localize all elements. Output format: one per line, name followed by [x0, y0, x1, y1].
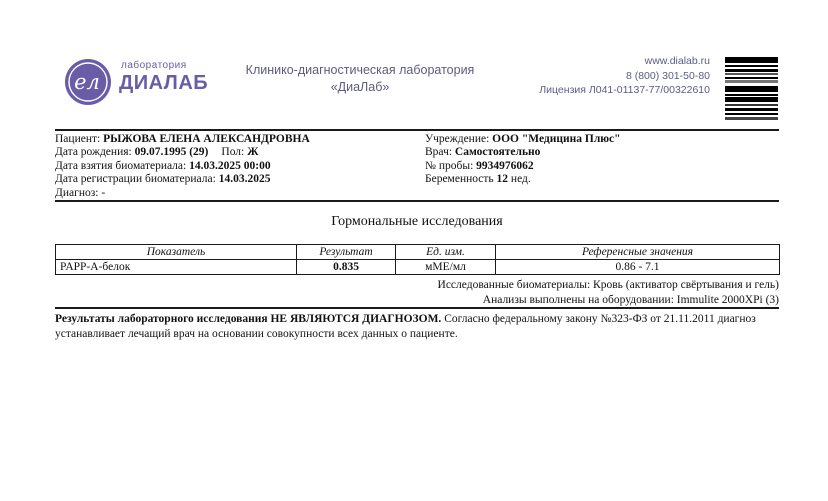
logo-brand-small: лаборатория — [121, 61, 208, 71]
pregnancy-unit: нед. — [511, 173, 531, 185]
sex-label: Пол: — [221, 146, 244, 158]
patient-info-left: Пациент: РЫЖОВА ЕЛЕНА АЛЕКСАНДРОВНА Дата… — [55, 133, 415, 200]
registration-value: 14.03.2025 — [219, 173, 271, 185]
license-text: Лицензия Л041-01137-77/00322610 — [440, 83, 710, 98]
disclaimer-text: Результаты лабораторного исследования НЕ… — [55, 312, 779, 341]
results-table: Показатель Результат Ед. изм. Референсны… — [55, 244, 780, 275]
disclaimer-bold: Результаты лабораторного исследования НЕ… — [55, 313, 441, 325]
sample-number-row: № пробы: 9934976062 — [425, 160, 779, 173]
diagnosis-label: Диагноз: — [55, 187, 98, 199]
sample-number-label: № пробы: — [425, 160, 473, 172]
organization-value: ООО "Медицина Плюс" — [492, 133, 620, 145]
reference-cell: 0.86 - 7.1 — [496, 260, 780, 275]
phone-text: 8 (800) 301-50-80 — [440, 69, 710, 84]
birth-value: 09.07.1995 (29) — [135, 146, 209, 158]
patient-label: Пациент: — [55, 133, 100, 145]
separator-patient — [55, 200, 779, 202]
column-header-reference: Референсные значения — [496, 245, 780, 260]
pregnancy-label: Беременность — [425, 173, 494, 185]
sampling-value: 14.03.2025 00:00 — [189, 160, 270, 172]
unit-cell: мМЕ/мл — [396, 260, 496, 275]
diagnosis-value: - — [101, 187, 105, 199]
pregnancy-value: 12 — [497, 173, 509, 185]
equipment-note: Анализы выполнены на оборудовании: Immul… — [55, 293, 779, 308]
section-title: Гормональные исследования — [55, 214, 779, 230]
result-cell: 0.835 — [297, 260, 396, 275]
patient-name: РЫЖОВА ЕЛЕНА АЛЕКСАНДРОВНА — [103, 133, 310, 145]
biomaterials-note: Исследованные биоматериалы: Кровь (актив… — [55, 278, 779, 293]
patient-info-right: Учреждение: ООО "Медицина Плюс" Врач: Са… — [425, 133, 779, 187]
table-header-row: Показатель Результат Ед. изм. Референсны… — [56, 245, 780, 260]
doctor-label: Врач: — [425, 146, 452, 158]
notes-block: Исследованные биоматериалы: Кровь (актив… — [55, 278, 779, 307]
lab-report-page: ел лаборатория ДИАЛАБ Клинико-диагностич… — [0, 0, 828, 501]
doctor-value: Самостоятельно — [455, 146, 541, 158]
column-header-unit: Ед. изм. — [396, 245, 496, 260]
dialab-logo-icon: ел — [64, 58, 112, 106]
sampling-date-row: Дата взятия биоматериала: 14.03.2025 00:… — [55, 160, 415, 173]
contact-block: www.dialab.ru 8 (800) 301-50-80 Лицензия… — [440, 54, 710, 98]
birth-label: Дата рождения: — [55, 146, 132, 158]
sex-value: Ж — [247, 146, 258, 158]
separator-top — [55, 129, 779, 131]
doctor-row: Врач: Самостоятельно — [425, 146, 779, 159]
table-row: PAPP-A-белок 0.835 мМЕ/мл 0.86 - 7.1 — [56, 260, 780, 275]
logo-text: лаборатория ДИАЛАБ — [119, 61, 208, 93]
barcode-icon — [725, 57, 778, 120]
patient-name-row: Пациент: РЫЖОВА ЕЛЕНА АЛЕКСАНДРОВНА — [55, 133, 415, 146]
registration-date-row: Дата регистрации биоматериала: 14.03.202… — [55, 173, 415, 186]
organization-label: Учреждение: — [425, 133, 489, 145]
logo-monogram: ел — [74, 70, 100, 94]
separator-footer — [55, 307, 779, 309]
column-header-result: Результат — [297, 245, 396, 260]
column-header-indicator: Показатель — [56, 245, 297, 260]
logo-brand-large: ДИАЛАБ — [119, 73, 208, 93]
website-text: www.dialab.ru — [440, 54, 710, 69]
sampling-label: Дата взятия биоматериала: — [55, 160, 186, 172]
registration-label: Дата регистрации биоматериала: — [55, 173, 216, 185]
organization-row: Учреждение: ООО "Медицина Плюс" — [425, 133, 779, 146]
dialab-logo: ел лаборатория ДИАЛАБ — [64, 58, 208, 106]
pregnancy-row: Беременность 12 нед. — [425, 173, 779, 186]
indicator-cell: PAPP-A-белок — [56, 260, 297, 275]
birth-date-row: Дата рождения: 09.07.1995 (29)Пол: Ж — [55, 146, 415, 159]
diagnosis-row: Диагноз: - — [55, 187, 415, 200]
sample-number-value: 9934976062 — [476, 160, 534, 172]
